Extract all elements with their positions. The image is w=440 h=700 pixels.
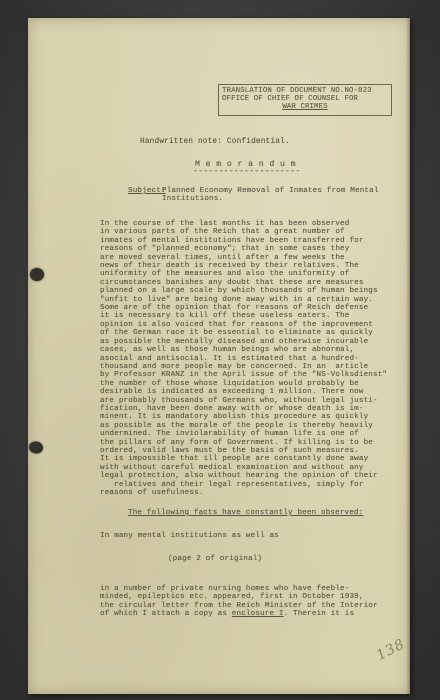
translation-header-box: TRANSLATION OF DOCUMENT NO.NO-823 OFFICE… [218,84,392,116]
closing-paragraph: in a number of private nursing homes who… [100,585,378,619]
paper-edge-shadow [406,18,410,694]
page-2-note: (page 2 of original) [168,555,262,563]
header-line-3: WAR CRIMES [222,103,388,111]
header-line-1: TRANSLATION OF DOCUMENT NO.NO-823 [222,87,388,95]
handwritten-note-line: Handwritten note: Confidential. [140,138,290,146]
hole-punch-top [30,268,44,281]
memorandum-underline: --------------------- [193,168,300,176]
enclosure-reference: enclosure I [232,610,284,618]
body-paragraph: In the course of the last months it has … [100,220,396,497]
facts-intro-line: In many mental institutions as well as [100,532,279,540]
closing-text-post: . Therein it is [284,610,355,618]
subject-text: Planned Economy Removal of Inmates from … [162,187,379,204]
subject-label: Subject: [128,187,166,195]
subject-label-wrap: Subject: [128,187,166,195]
facts-heading: The following facts have constantly been… [128,509,363,517]
